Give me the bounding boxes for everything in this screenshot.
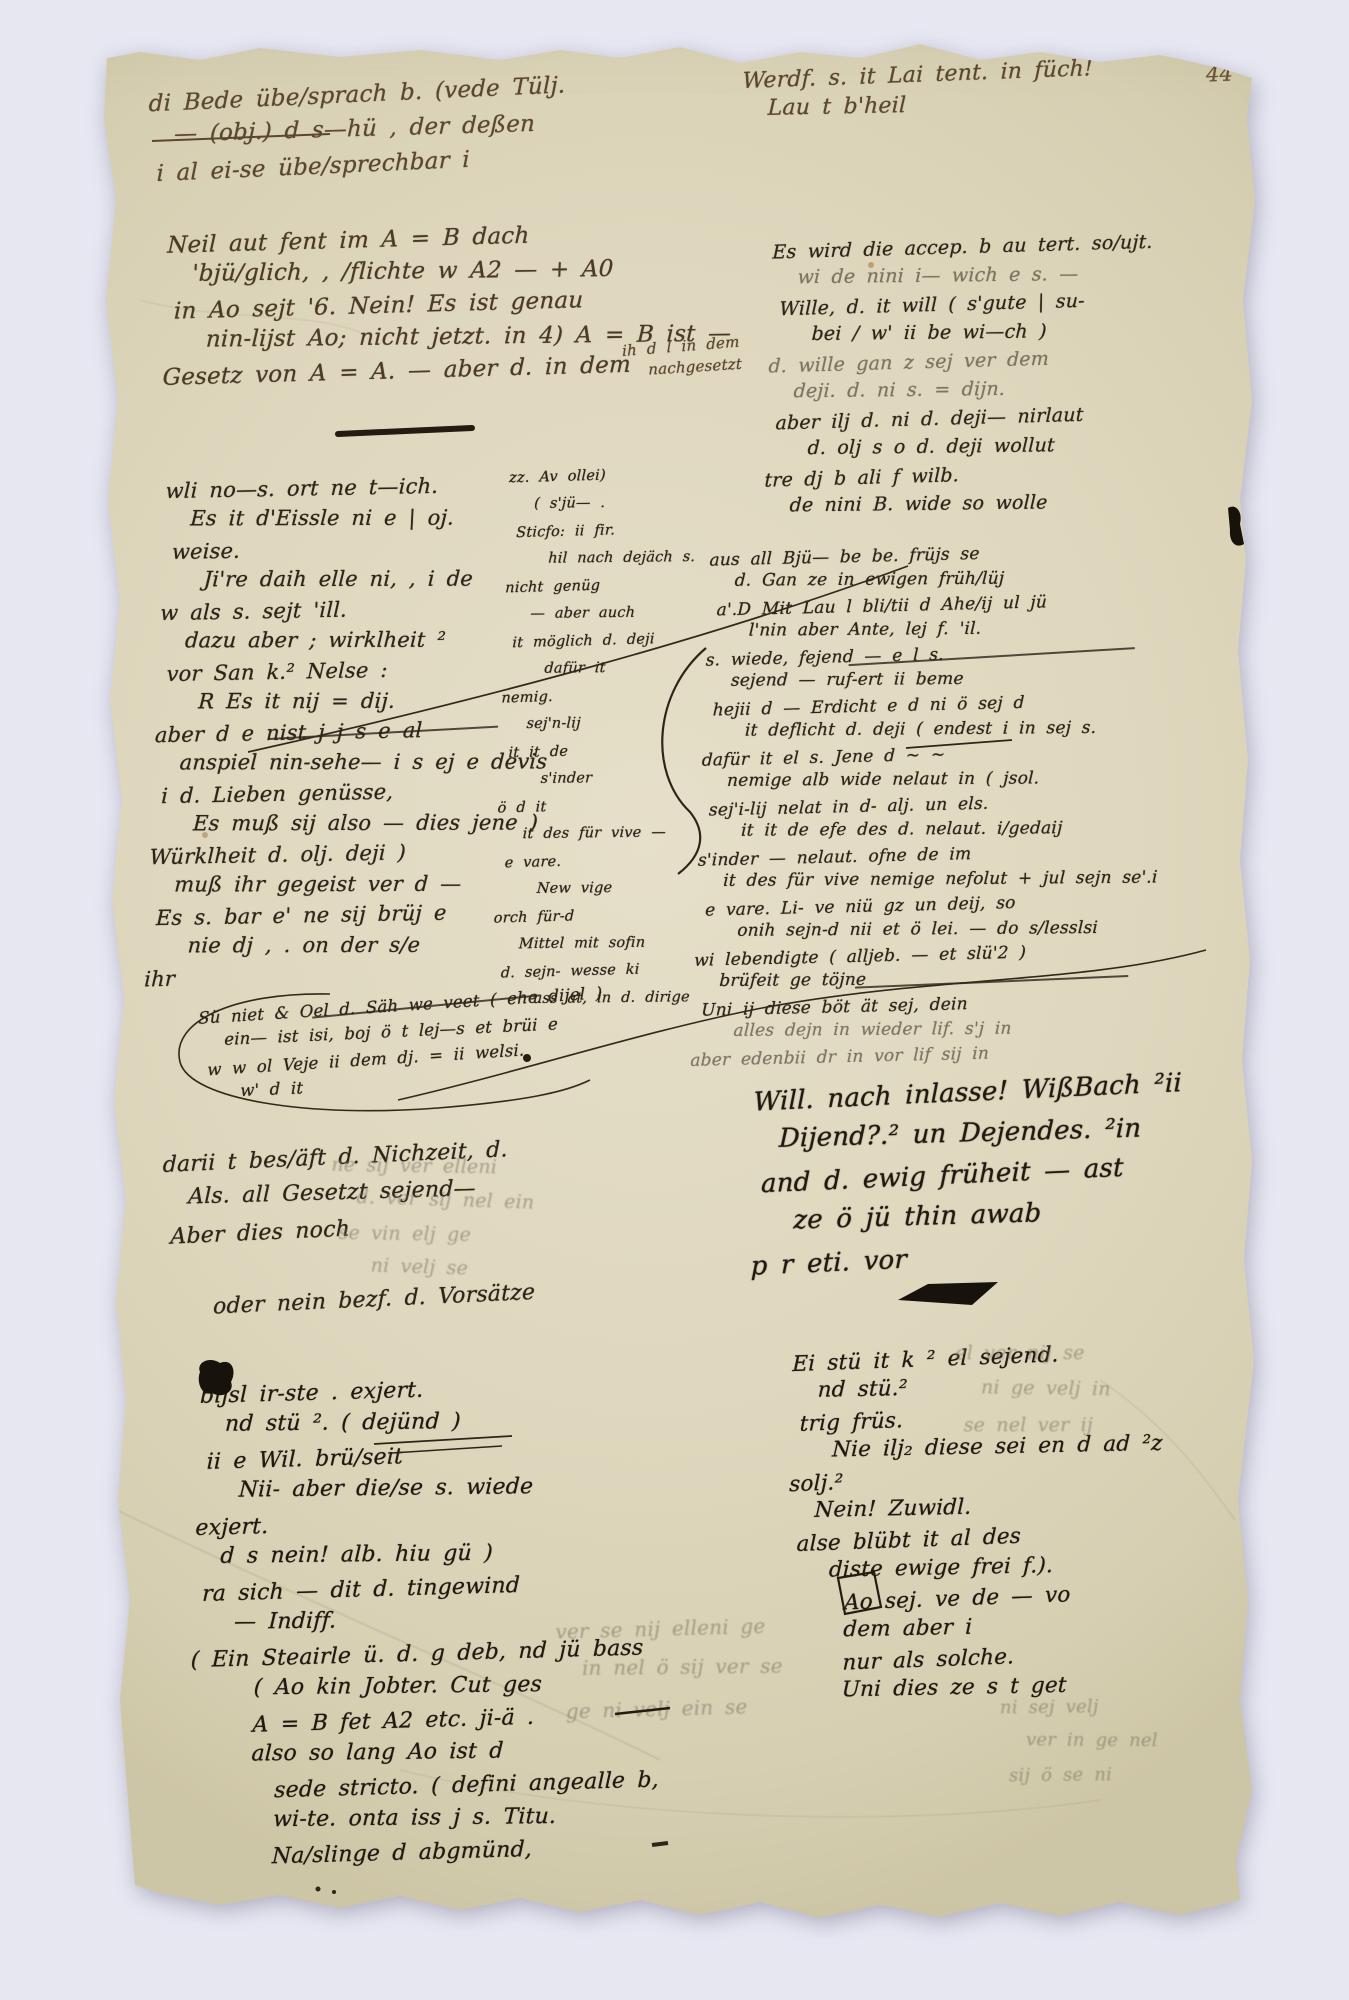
handwriting-line: ni ge velj in — [981, 1369, 1226, 1409]
manuscript-page: 44 di Bede übe/sprach b. (vede Tülj.— (o… — [0, 0, 1349, 2000]
handwriting-line: sij ö se ni — [1009, 1757, 1240, 1793]
handwriting-line: zz. Av ollei) — [509, 458, 760, 492]
ink-blot-triangle — [898, 1282, 998, 1305]
scan-background: 44 di Bede übe/sprach b. (vede Tülj.— (o… — [0, 0, 1349, 2000]
handwriting-block-right-middle: aus all Bjü— be be. früjs sed. Gan ze in… — [690, 538, 1260, 1071]
page-number: 44 — [1206, 62, 1234, 87]
handwriting-line: ge ni velj ein se — [565, 1680, 957, 1731]
handwriting-block-top-left: di Bede übe/sprach b. (vede Tülj.— (obj.… — [147, 67, 649, 190]
bleedthrough-text: ver se nij elleni gein nel ö sij ver seg… — [555, 1603, 957, 1730]
handwriting-line: ver in ge nel — [1026, 1723, 1240, 1758]
handwriting-block-circled-note: Sü niet & Oel d. Säh we veet ( ehe dijel… — [198, 980, 637, 1107]
divider-stroke — [338, 428, 472, 434]
handwriting-block-right-top: Es wird die accep. b au tert. so/ujt.wi … — [763, 228, 1243, 521]
bleedthrough-text: el ver nij seni ge velj inse nel ver ij — [955, 1334, 1226, 1444]
handwriting-line: de nini B. wide so wolle — [789, 486, 1234, 520]
handwriting-line: Sticfo: ii fir. — [516, 513, 758, 547]
handwriting-block-right-large: Will. nach inlasse! WißBach ²iiDijend?.²… — [750, 1064, 1223, 1286]
handwriting-line: se nel ver ij — [964, 1407, 1225, 1443]
bleedthrough-text: ni sej veljver in ge nelsij ö se ni — [1000, 1690, 1240, 1792]
ink-speck — [332, 1890, 336, 1894]
handwriting-line: ni sej velj — [1000, 1689, 1240, 1726]
handwriting-block-top-right: Werdf. s. it Lai tent. in füch!Lau t b'h… — [741, 52, 1182, 126]
ink-speck — [316, 1887, 321, 1892]
paper-shadow: 44 di Bede übe/sprach b. (vede Tülj.— (o… — [0, 0, 1349, 2000]
bleedthrough-text: ne sij ver ellenid. ver sij nel einse vi… — [328, 1146, 631, 1290]
handwriting-line: el ver nij se — [955, 1335, 1225, 1371]
